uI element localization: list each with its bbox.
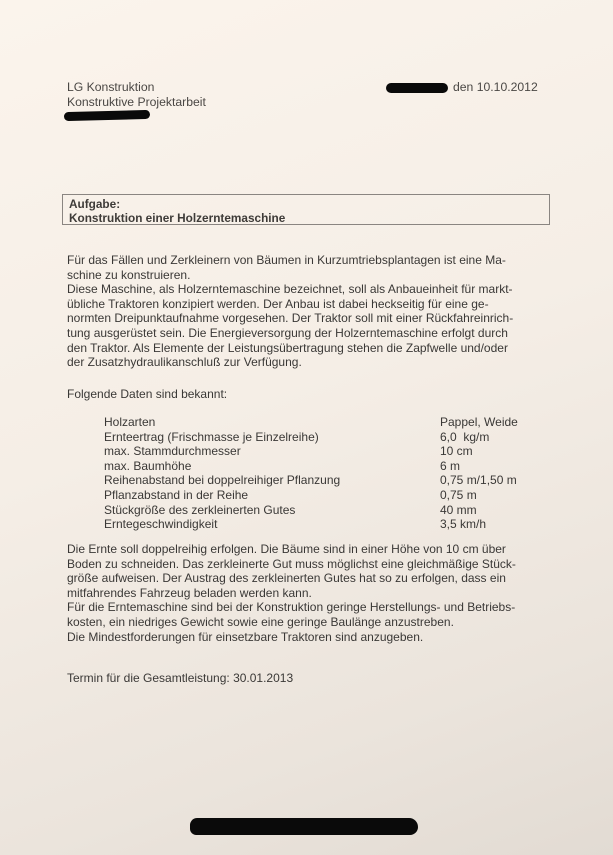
text-line: übliche Traktoren konzipiert werden. Der… [67, 297, 547, 312]
task-box: Aufgabe: Konstruktion einer Holzerntemas… [62, 194, 550, 225]
data-label: Erntegeschwindigkeit [104, 517, 440, 532]
course-name: Konstruktive Projektarbeit [67, 95, 206, 110]
data-value: 6 m [440, 459, 534, 474]
date-text: den 10.10.2012 [453, 80, 538, 95]
text-line: den Traktor. Als Elemente der Leistungsü… [67, 341, 547, 356]
table-row: max. Baumhöhe 6 m [104, 459, 534, 474]
department-name: LG Konstruktion [67, 80, 206, 95]
text-line: größe aufweisen. Der Austrag des zerklei… [67, 571, 547, 586]
known-data-table: Holzarten Pappel, Weide Ernteertrag (Fri… [104, 415, 534, 532]
data-value: Pappel, Weide [440, 415, 534, 430]
data-label: max. Stammdurchmesser [104, 444, 440, 459]
data-value: 40 mm [440, 503, 534, 518]
data-label: Ernteertrag (Frischmasse je Einzelreihe) [104, 430, 440, 445]
data-value: 10 cm [440, 444, 534, 459]
text-line: normten Dreipunktaufnahme vorgesehen. De… [67, 311, 547, 326]
task-title: Konstruktion einer Holzerntemaschine [69, 211, 549, 225]
text-line: kosten, ein niedriges Gewicht sowie eine… [67, 615, 547, 630]
table-row: Holzarten Pappel, Weide [104, 415, 534, 430]
text-line: Boden zu schneiden. Das zerkleinerte Gut… [67, 557, 547, 572]
data-value: 6,0 kg/m [440, 430, 534, 445]
table-row: Ernteertrag (Frischmasse je Einzelreihe)… [104, 430, 534, 445]
document-page: LG Konstruktion Konstruktive Projektarbe… [0, 0, 613, 855]
text-line: tung ausgerüstet sein. Die Energieversor… [67, 326, 547, 341]
task-label: Aufgabe: [69, 197, 549, 211]
header-sender: LG Konstruktion Konstruktive Projektarbe… [67, 80, 206, 110]
data-label: Stückgröße des zerkleinerten Gutes [104, 503, 440, 518]
text-line: schine zu konstruieren. [67, 268, 547, 283]
data-value: 3,5 km/h [440, 517, 534, 532]
header-date: den 10.10.2012 [386, 80, 538, 95]
table-row: Reihenabstand bei doppelreihiger Pflanzu… [104, 473, 534, 488]
text-line: Für das Fällen und Zerkleinern von Bäume… [67, 253, 547, 268]
redacted-city [386, 83, 448, 93]
table-row: Pflanzabstand in der Reihe 0,75 m [104, 488, 534, 503]
requirements-paragraph: Die Ernte soll doppelreihig erfolgen. Di… [67, 542, 547, 644]
data-value: 0,75 m/1,50 m [440, 473, 534, 488]
deadline-text: Termin für die Gesamtleistung: 30.01.201… [67, 671, 547, 686]
table-row: Erntegeschwindigkeit 3,5 km/h [104, 517, 534, 532]
table-row: Stückgröße des zerkleinerten Gutes 40 mm [104, 503, 534, 518]
redacted-name [64, 110, 150, 121]
text-line: Die Mindestforderungen für einsetzbare T… [67, 630, 547, 645]
data-label: Pflanzabstand in der Reihe [104, 488, 440, 503]
redacted-footer [190, 818, 418, 835]
data-label: Holzarten [104, 415, 440, 430]
text-line: Für die Erntemaschine sind bei der Konst… [67, 600, 547, 615]
data-value: 0,75 m [440, 488, 534, 503]
table-row: max. Stammdurchmesser 10 cm [104, 444, 534, 459]
text-line: Diese Maschine, als Holzerntemaschine be… [67, 282, 547, 297]
intro-paragraph: Für das Fällen und Zerkleinern von Bäume… [67, 253, 547, 370]
data-label: max. Baumhöhe [104, 459, 440, 474]
text-line: der Zusatzhydraulikanschluß zur Verfügun… [67, 355, 547, 370]
text-line: Die Ernte soll doppelreihig erfolgen. Di… [67, 542, 547, 557]
text-line: mitfahrendes Fahrzeug beladen werden kan… [67, 586, 547, 601]
known-data-heading: Folgende Daten sind bekannt: [67, 387, 547, 402]
data-label: Reihenabstand bei doppelreihiger Pflanzu… [104, 473, 440, 488]
